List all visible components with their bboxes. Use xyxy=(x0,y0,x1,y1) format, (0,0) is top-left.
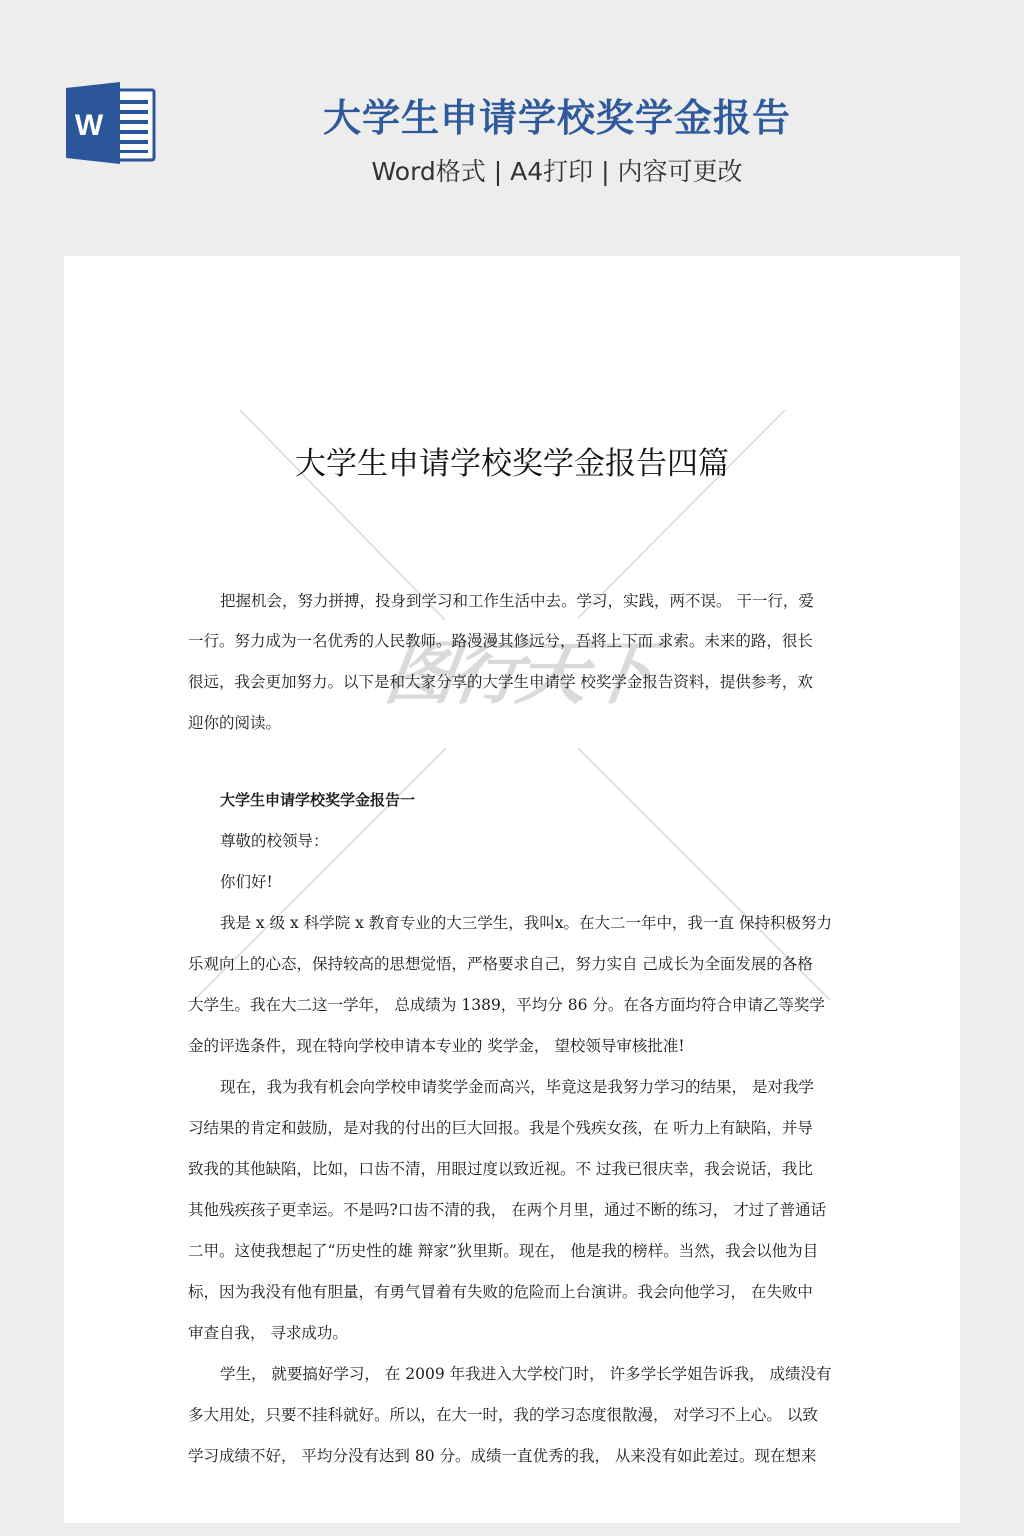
paragraph-line: 其他残疾孩子更幸运。不是吗?口齿不清的我， 在两个月里，通过不断的练习， 才过了… xyxy=(188,1198,826,1222)
document-title: 大学生申请学校奖学金报告四篇 xyxy=(64,442,960,486)
paragraph-line: 乐观向上的心态，保持较高的思想觉悟，严格要求自己，努力实自 己成长为全面发展的各… xyxy=(188,952,813,976)
document-page: 图行天下 大学生申请学校奖学金报告四篇 把握机会，努力拼搏，投身到学习和工作生活… xyxy=(64,256,960,1523)
paragraph-line: 现在，我为我有机会向学校申请奖学金而高兴，毕竟这是我努力学习的结果， 是对我学 xyxy=(220,1075,814,1099)
paragraph-line: 学习成绩不好， 平均分没有达到 80 分。成绩一直优秀的我， 从来没有如此差过。… xyxy=(188,1444,816,1468)
header-subtitle: Word格式 | A4打印 | 内容可更改 xyxy=(200,154,914,190)
section-heading: 大学生申请学校奖学金报告一 xyxy=(220,788,415,812)
greeting: 你们好! xyxy=(220,870,273,894)
paragraph-line: 标，因为我没有他有胆量，有勇气冒着有失败的危险而上台演讲。我会向他学习， 在失败… xyxy=(188,1280,813,1304)
paragraph-line: 很远，我会更加努力。以下是和大家分享的大学生申请学 校奖学金报告资料，提供参考，… xyxy=(188,670,813,694)
paragraph-line: 金的评选条件，现在特向学校申请本专业的 奖学金， 望校领导审核批准! xyxy=(188,1034,685,1058)
paragraph-line: 把握机会，努力拼搏，投身到学习和工作生活中去。学习，实践，两不误。 干一行，爱 xyxy=(220,589,814,613)
paragraph-line: 习结果的肯定和鼓励，是对我的付出的巨大回报。我是个残疾女孩，在 听力上有缺陷，并… xyxy=(188,1116,813,1140)
header-title: 大学生申请学校奖学金报告 xyxy=(200,92,914,144)
paragraph-line: 学生， 就要搞好学习， 在 2009 年我进入大学校门时， 许多学长学姐告诉我，… xyxy=(220,1362,832,1386)
paragraph-line: 我是 x 级 x 科学院 x 教育专业的大三学生，我叫x。在大二一年中，我一直 … xyxy=(220,911,832,935)
paragraph-line: 大学生。我在大二这一学年， 总成绩为 1389，平均分 86 分。在各方面均符合… xyxy=(188,993,825,1017)
salutation: 尊敬的校领导： xyxy=(220,829,329,853)
paragraph-line: 致我的其他缺陷，比如，口齿不清，用眼过度以致近视。不 过我已很庆幸，我会说话，我… xyxy=(188,1157,813,1181)
word-document-icon: W xyxy=(64,82,156,164)
paragraph-line: 多大用处，只要不挂科就好。所以，在大一时，我的学习态度很散漫， 对学习不上心。 … xyxy=(188,1403,818,1427)
paragraph-line: 一行。努力成为一名优秀的人民教师。路漫漫其修远兮，吾将上下而 求索。未来的路，很… xyxy=(188,629,813,653)
paragraph-line: 二甲。这使我想起了“历史性的雄 辩家”狄里斯。现在， 他是我的榜样。当然，我会以… xyxy=(188,1239,818,1263)
paragraph-line: 审查自我， 寻求成功。 xyxy=(188,1321,348,1345)
svg-text:W: W xyxy=(75,109,104,142)
paragraph-line: 迎你的阅读。 xyxy=(188,711,281,735)
